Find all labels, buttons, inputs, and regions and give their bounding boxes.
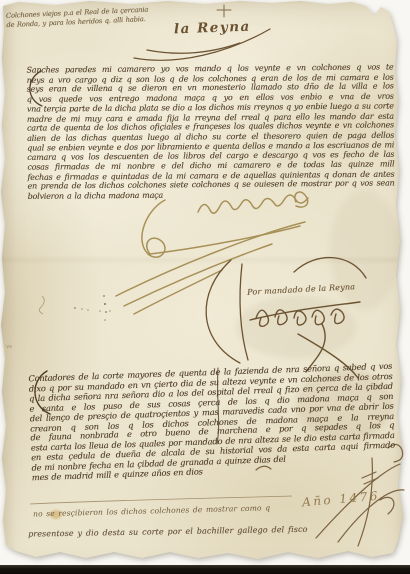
faint-margin-squiggle: [39, 296, 44, 314]
secretary-arc-flourish: [206, 258, 366, 363]
body-paragraph-1: Sanches paredes mi camarero yo vos mando…: [26, 62, 394, 201]
cross-mark: [217, 5, 231, 17]
queen-signature-flourish: [116, 192, 308, 314]
ink-dots: [74, 295, 111, 321]
body-paragraph-2: Contadores de la corte mayores de quenta…: [28, 362, 396, 484]
margin-mark: vs: [6, 344, 12, 350]
document-title: la Reyna: [174, 19, 251, 38]
scanned-manuscript: Colchones viejos p.a el Real de la çerca…: [0, 0, 410, 574]
